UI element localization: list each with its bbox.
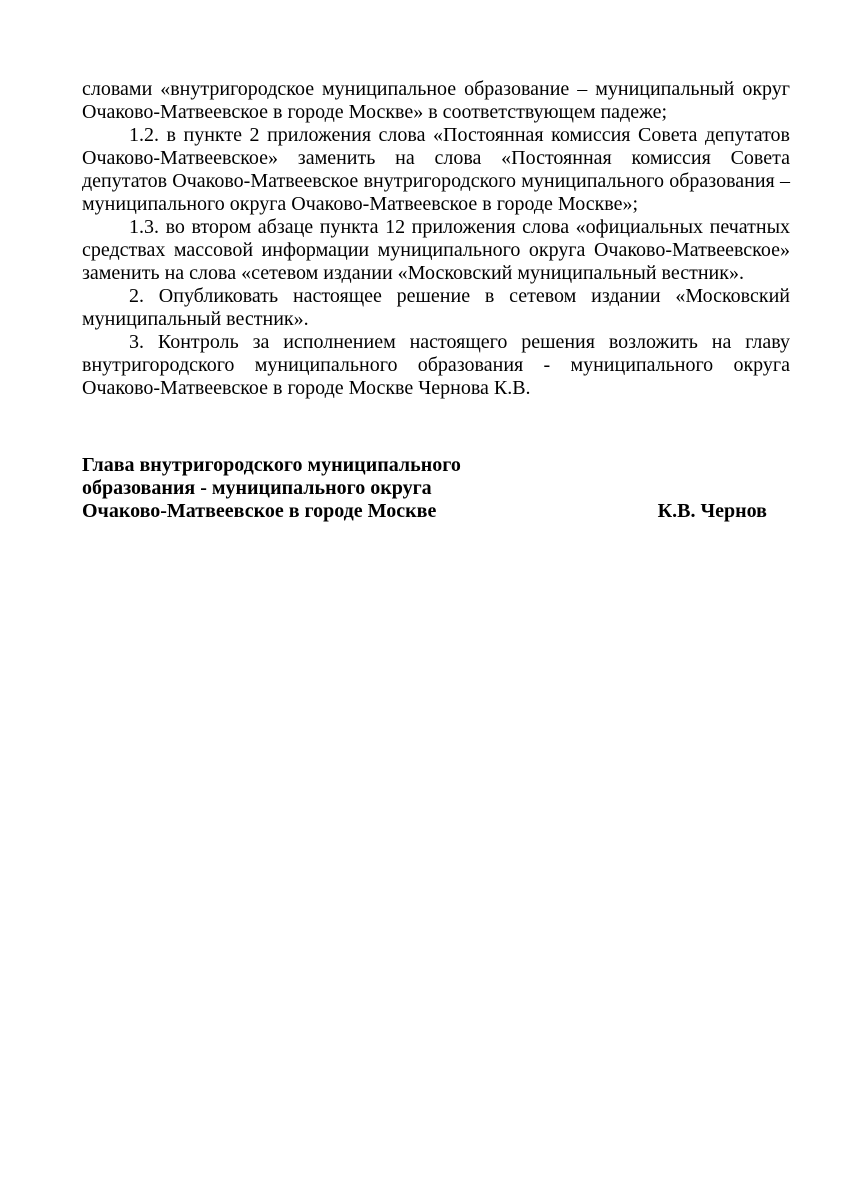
- signature-name: К.В. Чернов: [658, 500, 767, 523]
- paragraph: 3. Контроль за исполнением настоящего ре…: [82, 331, 790, 400]
- paragraph: 1.2. в пункте 2 приложения слова «Постоя…: [82, 124, 790, 216]
- signature-title-line: Очаково-Матвеевское в городе Москве: [82, 500, 461, 523]
- paragraph: 1.3. во втором абзаце пункта 12 приложен…: [82, 216, 790, 285]
- document-page: словами «внутригородское муниципальное о…: [0, 0, 848, 1200]
- signature-title-line: Глава внутригородского муниципального: [82, 454, 461, 477]
- paragraph: словами «внутригородское муниципальное о…: [82, 78, 790, 124]
- paragraph: 2. Опубликовать настоящее решение в сете…: [82, 285, 790, 331]
- signature-title: Глава внутригородского муниципального об…: [82, 454, 461, 523]
- signature-title-line: образования - муниципального округа: [82, 477, 461, 500]
- document-body: словами «внутригородское муниципальное о…: [82, 78, 790, 400]
- signature-block: Глава внутригородского муниципального об…: [82, 454, 790, 523]
